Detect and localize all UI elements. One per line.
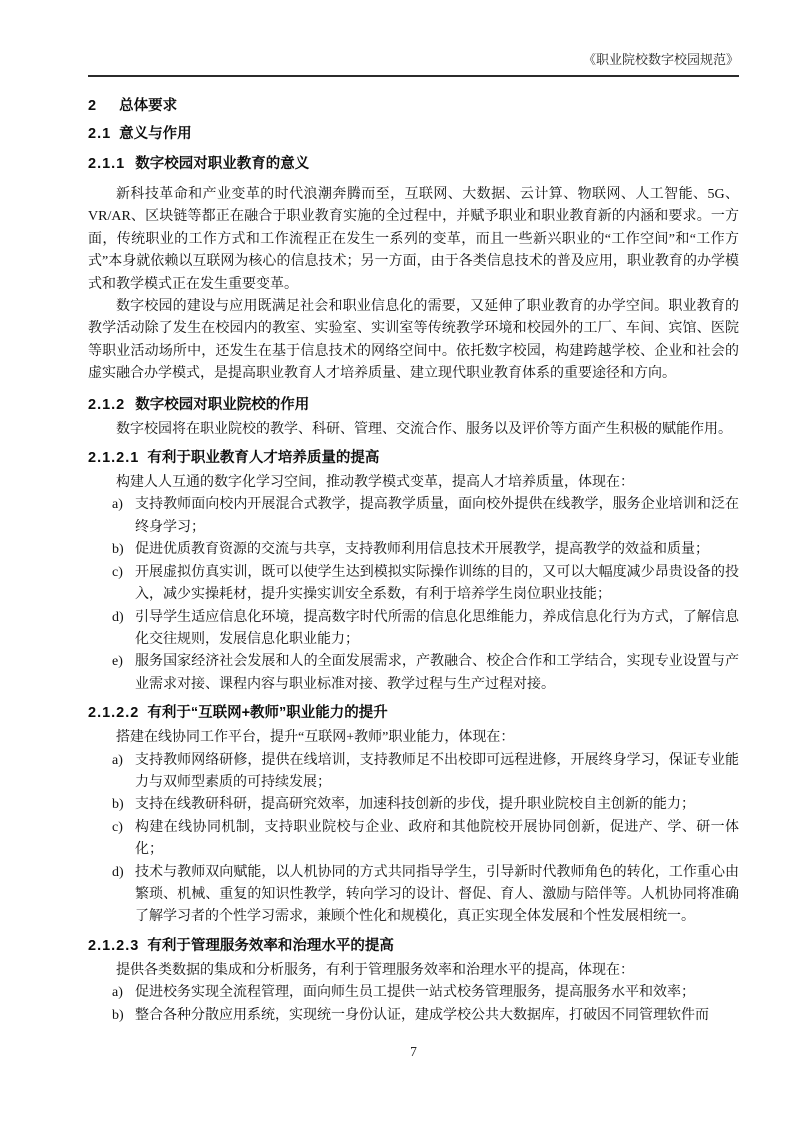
list-item: d) 引导学生适应信息化环境，提高数字时代所需的信息化思维能力，养成信息化行为方…: [112, 607, 739, 652]
list-item-text: 支持在线教研科研，提高研究效率，加速科技创新的步伐，提升职业院校自主创新的能力；: [135, 794, 739, 816]
paragraph: 数字校园将在职业院校的教学、科研、管理、交流合作、服务以及评价等方面产生积极的赋…: [88, 419, 739, 441]
list-2-1-2-1: a) 支持教师面向校内开展混合式教学，提高教学质量，面向校外提供在线教学，服务企…: [88, 494, 739, 696]
heading-2: 2总体要求: [88, 95, 739, 117]
heading-number: 2.1.2.2: [88, 705, 139, 721]
heading-number: 2.1.2.3: [88, 938, 139, 954]
paragraph: 数字校园的建设与应用既满足社会和职业信息化的需要，又延伸了职业教育的办学空间。职…: [88, 296, 739, 386]
list-item-label: a): [112, 982, 135, 1004]
list-item: b) 促进优质教育资源的交流与共享，支持教师利用信息技术开展教学，提高教学的效益…: [112, 539, 739, 561]
page-number: 7: [88, 1041, 739, 1063]
list-item: b) 支持在线教研科研，提高研究效率，加速科技创新的步伐，提升职业院校自主创新的…: [112, 794, 739, 816]
list-item: e) 服务国家经济社会发展和人的全面发展需求，产教融合、校企合作和工学结合，实现…: [112, 651, 739, 696]
list-item-text: 支持教师面向校内开展混合式教学，提高教学质量，面向校外提供在线教学，服务企业培训…: [135, 494, 739, 539]
list-intro: 构建人人互通的数字化学习空间，推动教学模式变革，提高人才培养质量，体现在：: [88, 472, 739, 494]
list-item-text: 促进校务实现全流程管理，面向师生员工提供一站式校务管理服务，提高服务水平和效率；: [135, 982, 739, 1004]
list-item-text: 整合各种分散应用系统，实现统一身份认证，建成学校公共大数据库，打破因不同管理软件…: [135, 1005, 739, 1027]
heading-title: 有利于“互联网+教师”职业能力的提升: [147, 705, 387, 721]
list-item: b) 整合各种分散应用系统，实现统一身份认证，建成学校公共大数据库，打破因不同管…: [112, 1005, 739, 1027]
heading-number: 2.1.2.1: [88, 450, 139, 466]
list-2-1-2-3: a) 促进校务实现全流程管理，面向师生员工提供一站式校务管理服务，提高服务水平和…: [88, 982, 739, 1027]
heading-2-1-2-1: 2.1.2.1有利于职业教育人才培养质量的提高: [88, 447, 739, 469]
heading-title: 有利于职业教育人才培养质量的提高: [147, 450, 379, 466]
heading-title: 有利于管理服务效率和治理水平的提高: [147, 938, 394, 954]
paragraph: 新科技革命和产业变革的时代浪潮奔腾而至，互联网、大数据、云计算、物联网、人工智能…: [88, 184, 739, 296]
list-item-label: e): [112, 651, 135, 696]
list-item-label: a): [112, 750, 135, 795]
running-header: 《职业院校数字校园规范》: [88, 52, 739, 77]
list-item-text: 服务国家经济社会发展和人的全面发展需求，产教融合、校企合作和工学结合，实现专业设…: [135, 651, 739, 696]
page-margins: 《职业院校数字校园规范》 2总体要求 2.1意义与作用 2.1.1数字校园对职业…: [0, 0, 793, 1063]
heading-title: 数字校园对职业院校的作用: [135, 397, 309, 413]
list-item-label: d): [112, 862, 135, 929]
list-item-text: 引导学生适应信息化环境，提高数字时代所需的信息化思维能力，养成信息化行为方式，了…: [135, 607, 739, 652]
heading-number: 2.1: [88, 126, 111, 142]
list-item-label: c): [112, 562, 135, 607]
list-item-text: 支持教师网络研修，提供在线培训，支持教师足不出校即可远程进修，开展终身学习，保证…: [135, 750, 739, 795]
header-title: 《职业院校数字校园规范》: [583, 52, 739, 67]
list-item-text: 技术与教师双向赋能，以人机协同的方式共同指导学生，引导新时代教师角色的转化，工作…: [135, 862, 739, 929]
list-item-text: 构建在线协同机制，支持职业院校与企业、政府和其他院校开展协同创新，促进产、学、研…: [135, 817, 739, 862]
list-item: a) 促进校务实现全流程管理，面向师生员工提供一站式校务管理服务，提高服务水平和…: [112, 982, 739, 1004]
page-content: 2总体要求 2.1意义与作用 2.1.1数字校园对职业教育的意义 新科技革命和产…: [88, 95, 739, 1063]
heading-2-1: 2.1意义与作用: [88, 123, 739, 145]
list-item-label: d): [112, 607, 135, 652]
heading-number: 2.1.2: [88, 397, 125, 413]
list-item-label: b): [112, 1005, 135, 1027]
list-intro: 提供各类数据的集成和分析服务，有利于管理服务效率和治理水平的提高，体现在：: [88, 960, 739, 982]
list-2-1-2-2: a) 支持教师网络研修，提供在线培训，支持教师足不出校即可远程进修，开展终身学习…: [88, 750, 739, 929]
heading-2-1-1: 2.1.1数字校园对职业教育的意义: [88, 153, 739, 175]
heading-2-1-2: 2.1.2数字校园对职业院校的作用: [88, 394, 739, 416]
list-item-label: c): [112, 817, 135, 862]
list-item: c) 开展虚拟仿真实训，既可以使学生达到模拟实际操作训练的目的，又可以大幅度减少…: [112, 562, 739, 607]
list-item: a) 支持教师网络研修，提供在线培训，支持教师足不出校即可远程进修，开展终身学习…: [112, 750, 739, 795]
heading-number: 2.1.1: [88, 156, 125, 172]
heading-title: 数字校园对职业教育的意义: [135, 156, 309, 172]
list-item-label: a): [112, 494, 135, 539]
document-page: 《职业院校数字校园规范》 2总体要求 2.1意义与作用 2.1.1数字校园对职业…: [0, 0, 793, 1122]
list-item-text: 促进优质教育资源的交流与共享，支持教师利用信息技术开展教学，提高教学的效益和质量…: [135, 539, 739, 561]
list-intro: 搭建在线协同工作平台，提升“互联网+教师”职业能力，体现在：: [88, 727, 739, 749]
heading-2-1-2-2: 2.1.2.2有利于“互联网+教师”职业能力的提升: [88, 702, 739, 724]
heading-2-1-2-3: 2.1.2.3有利于管理服务效率和治理水平的提高: [88, 935, 739, 957]
list-item: a) 支持教师面向校内开展混合式教学，提高教学质量，面向校外提供在线教学，服务企…: [112, 494, 739, 539]
list-item-text: 开展虚拟仿真实训，既可以使学生达到模拟实际操作训练的目的，又可以大幅度减少昂贵设…: [135, 562, 739, 607]
list-item: c) 构建在线协同机制，支持职业院校与企业、政府和其他院校开展协同创新，促进产、…: [112, 817, 739, 862]
heading-title: 意义与作用: [119, 126, 192, 142]
heading-title: 总体要求: [119, 98, 177, 114]
list-item-label: b): [112, 794, 135, 816]
list-item-label: b): [112, 539, 135, 561]
heading-number: 2: [88, 98, 97, 114]
list-item: d) 技术与教师双向赋能，以人机协同的方式共同指导学生，引导新时代教师角色的转化…: [112, 862, 739, 929]
